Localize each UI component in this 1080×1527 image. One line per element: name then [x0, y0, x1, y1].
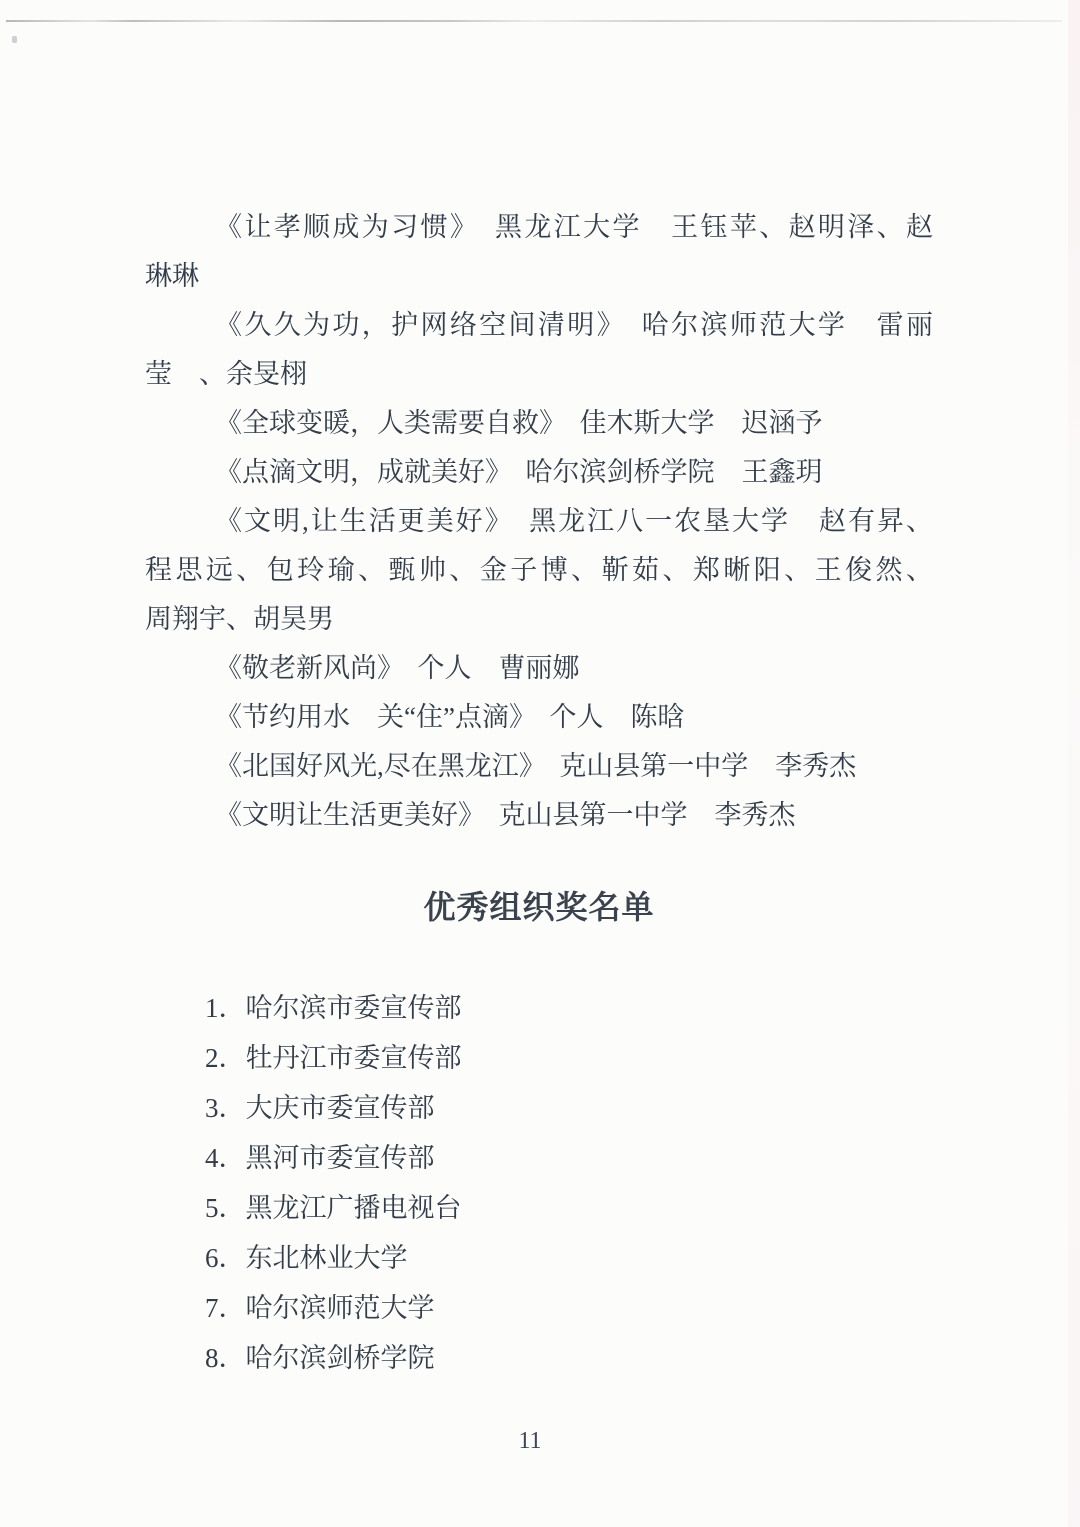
award-entry-line: 《敬老新风尚》 个人 曹丽娜: [145, 644, 933, 693]
award-entry-line: 《文明让生活更美好》 克山县第一中学 李秀杰: [145, 791, 933, 840]
award-entry-line: 程思远、包玲瑜、甄帅、金子博、靳茹、郑晰阳、王俊然、: [145, 546, 933, 595]
award-entry-line: 琳琳: [145, 252, 933, 301]
award-entry-line: 《文明,让生活更美好》 黑龙江八一农垦大学 赵有昇、: [145, 497, 933, 546]
award-entry-line: 《久久为功，护网络空间清明》 哈尔滨师范大学 雷丽: [145, 301, 933, 350]
org-award-item: 3．大庆市委宣传部: [205, 1083, 462, 1133]
award-entry-line: 《北国好风光,尽在黑龙江》 克山县第一中学 李秀杰: [145, 742, 933, 791]
award-entry-line: 《点滴文明，成就美好》 哈尔滨剑桥学院 王鑫玥: [145, 448, 933, 497]
award-entry-line: 《节约用水 关“住”点滴》 个人 陈晗: [145, 693, 933, 742]
award-entry-line: 《全球变暖，人类需要自救》 佳木斯大学 迟涵予: [145, 399, 933, 448]
award-winners-list: 《让孝顺成为习惯》 黑龙江大学 王钰苹、赵明泽、赵 琳琳 《久久为功，护网络空间…: [145, 203, 933, 840]
org-award-item: 5．黑龙江广播电视台: [205, 1183, 462, 1233]
org-award-item: 6．东北林业大学: [205, 1233, 462, 1283]
org-award-item: 2．牡丹江市委宣传部: [205, 1033, 462, 1083]
page-number: 11: [0, 1426, 1060, 1456]
award-entry-line: 周翔宇、胡昊男: [145, 595, 933, 644]
org-award-item: 1．哈尔滨市委宣传部: [205, 983, 462, 1033]
org-award-item: 4．黑河市委宣传部: [205, 1133, 462, 1183]
award-entry-line: 莹 、余旻栩: [145, 350, 933, 399]
section-heading-excellent-organization-awards: 优秀组织奖名单: [145, 886, 933, 928]
org-award-item: 8．哈尔滨剑桥学院: [205, 1333, 462, 1383]
document-page: { "colors": { "background": "#fcfcfb", "…: [0, 0, 1080, 1527]
scan-edge-tint: [1068, 0, 1080, 1527]
org-award-item: 7．哈尔滨师范大学: [205, 1283, 462, 1333]
scan-artifact-line: [6, 20, 1062, 22]
org-award-list: 1．哈尔滨市委宣传部 2．牡丹江市委宣传部 3．大庆市委宣传部 4．黑河市委宣传…: [205, 983, 462, 1383]
scan-speck: [12, 36, 17, 43]
award-entry-line: 《让孝顺成为习惯》 黑龙江大学 王钰苹、赵明泽、赵: [145, 203, 933, 252]
